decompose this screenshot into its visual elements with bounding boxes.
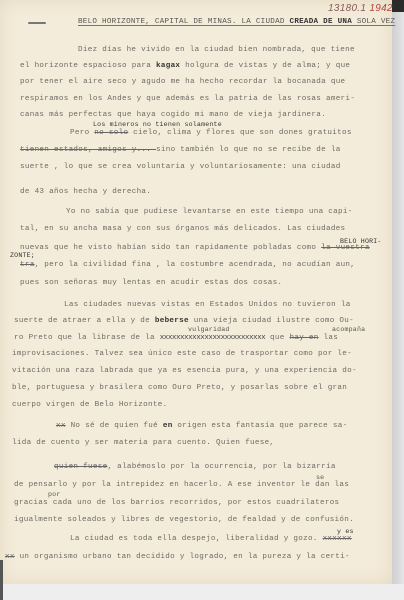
text-span: origen esta fantasía que parece sa- — [173, 422, 348, 430]
text-line: Diez días he vivido en la ciudad bien no… — [78, 46, 355, 54]
handwritten-insertion: acompaña — [332, 326, 365, 333]
handwritten-insertion: ZONTE; — [10, 252, 35, 259]
text-line: pues son señoras muy lentas en acudir es… — [20, 279, 282, 287]
text-span: suerte de atraer a ella y de — [14, 317, 155, 325]
struck-word: la vuestra — [321, 244, 370, 252]
handwritten-dash-mark — [28, 22, 46, 24]
text-line: Pero no solo cielo, clima y flores que s… — [70, 129, 352, 137]
handwritten-insertion: por — [48, 491, 60, 498]
text-line: nuevas que he visto habían sido tan rapi… — [20, 244, 370, 252]
text-span: cielo, clima y flores que son dones grat… — [128, 129, 351, 137]
handwritten-insertion: Los mineros no tienen solamente — [93, 121, 222, 128]
handwritten-insertion: y es — [337, 528, 354, 535]
handwritten-insertion: se — [316, 474, 324, 481]
archive-number: 13180.1 — [328, 3, 366, 14]
text-span: , alabémoslo por la ocurrencia, por la b… — [107, 463, 335, 471]
text-line: igualmente soleados y libres de vegestor… — [14, 516, 354, 524]
text-span: una vieja ciudad ilustre como Ou- — [189, 317, 354, 325]
text-line: vitación una raza labrada que ya es esen… — [12, 367, 357, 375]
text-span: , pero la civilidad fina , la costumbre … — [35, 261, 356, 269]
text-line: respiramos en los Andes y que además es … — [20, 95, 355, 103]
text-span: ro Preto que la librase de la — [14, 334, 160, 342]
struck-word: xx — [5, 553, 15, 561]
struck-word: tra — [20, 261, 35, 269]
scan-edge-left — [0, 560, 3, 600]
title-part: BELO HORIZONTE, CAPITAL DE MINAS. LA CIU… — [78, 18, 290, 26]
archive-reference: 13180.1 1942 — [328, 3, 393, 14]
text-span: el horizonte espacioso para — [20, 62, 156, 70]
text-line: La ciudad es toda ella despejo, liberali… — [70, 535, 352, 543]
text-span: las — [319, 334, 338, 342]
struck-word: quien fuese — [54, 463, 107, 471]
text-span: No sé de quien fué — [66, 422, 163, 430]
struck-word: xx — [56, 422, 66, 430]
bold-word: en — [163, 422, 173, 430]
text-span: que — [265, 334, 289, 342]
text-line: xx No sé de quien fué en origen esta fan… — [56, 422, 347, 430]
text-line: improvisaciones. Talvez sea único este c… — [12, 350, 352, 358]
text-line: tra, pero la civilidad fina , la costumb… — [20, 261, 355, 269]
document-title: BELO HORIZONTE, CAPITAL DE MINAS. LA CIU… — [78, 18, 395, 26]
text-line: quien fuese, alabémoslo por la ocurrenci… — [54, 463, 336, 471]
scan-corner — [392, 0, 404, 12]
text-line: canas más perfectas que haya cogido mi m… — [20, 111, 326, 119]
text-span: sino también lo que no se recibe de la — [156, 146, 341, 154]
title-part-bold: CREADA DE UNA — [290, 18, 353, 26]
text-line: tienen estados, amigos y... sino también… — [20, 146, 341, 154]
scan-edge-bottom — [0, 584, 404, 600]
text-line: suerte , lo que se crea voluntaria y vol… — [20, 163, 341, 171]
text-line: xx un organismo urbano tan decidido y lo… — [5, 553, 350, 561]
text-line: suerte de atraer a ella y de beberse una… — [14, 317, 354, 325]
text-line: de pensarlo y por la intrepidez en hacer… — [14, 481, 349, 489]
text-line: Las ciudades nuevas vistas en Estados Un… — [64, 301, 351, 309]
struck-word: tienen estados, amigos y... — [20, 146, 156, 154]
struck-word: kagax — [156, 62, 180, 70]
title-part: SOLA VEZ — [352, 18, 395, 26]
bold-word: beberse — [155, 317, 189, 325]
text-line: cuerpo virgen de Belo Horizonte. — [12, 401, 167, 409]
text-span: Pero — [70, 129, 94, 137]
text-line: de 43 años hecha y derecha. — [20, 188, 151, 196]
struck-word: xxxxxxxxxxxxxxxxxxxxxxxxxx — [160, 334, 265, 342]
text-span: nuevas que he visto habían sido tan rapi… — [20, 244, 321, 252]
struck-word: xxxxxx — [323, 535, 352, 543]
text-line: ble, portuguesa y brasilera como Ouro Pr… — [12, 384, 347, 392]
scan-edge-right — [392, 0, 404, 600]
text-span: La ciudad es toda ella despejo, liberali… — [70, 535, 323, 543]
struck-word: hay en — [290, 334, 319, 342]
text-line: gracias cada uno de los barrios recorrid… — [14, 499, 339, 507]
struck-word: no solo — [94, 129, 128, 137]
text-line: el horizonte espacioso para kagax holgur… — [20, 62, 350, 70]
text-span: holgura de vistas y de alma; y que — [180, 62, 350, 70]
text-line: lida de cuento y ser materia para cuento… — [12, 439, 274, 447]
text-line: Yo no sabía que pudiese levantarse en es… — [66, 208, 353, 216]
handwritten-insertion: vulgaridad — [188, 326, 230, 333]
text-line: ro Preto que la librase de la xxxxxxxxxx… — [14, 334, 338, 342]
text-line: por tener el aire seco y agudo me ha hec… — [20, 78, 345, 86]
archive-year: 1942 — [369, 3, 392, 14]
text-line: tal, en su ancha masa y con sus órganos … — [20, 225, 345, 233]
text-span: un organismo urbano tan decidido y logra… — [15, 553, 350, 561]
